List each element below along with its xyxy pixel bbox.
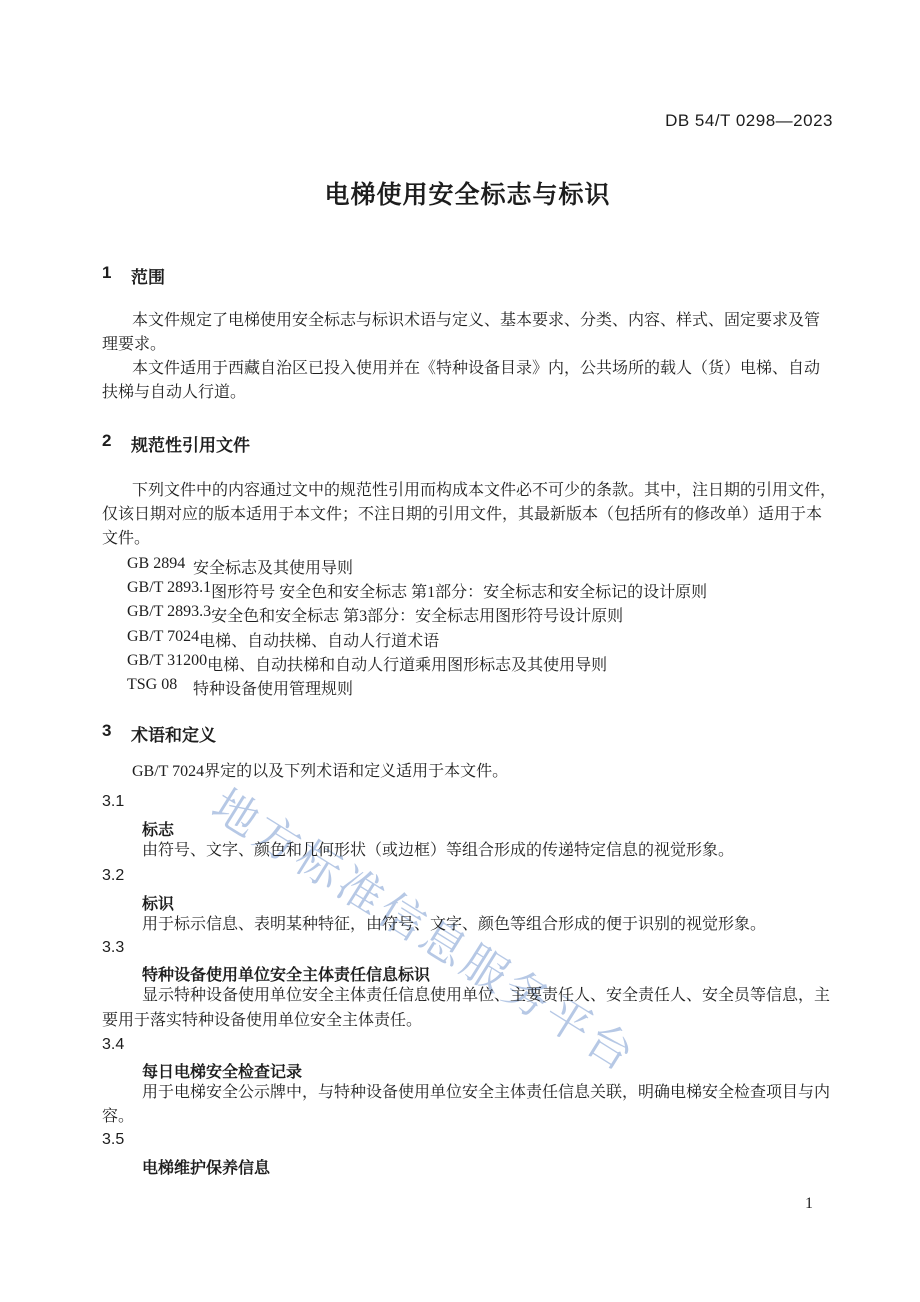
term-number: 3.3 <box>102 939 124 957</box>
body-line: 本文件适用于西藏自治区已投入使用并在《特种设备目录》内，公共场所的载人（货）电梯… <box>102 359 820 379</box>
body-line: 理要求。 <box>102 335 166 355</box>
term-name: 特种设备使用单位安全主体责任信息标识 <box>142 962 430 985</box>
reference-row: GB/T 2893.1 图形符号 安全色和安全标志 第1部分：安全标志和安全标记… <box>127 579 707 602</box>
section-number: 2 <box>102 431 131 456</box>
body-line: 下列文件中的内容通过文中的规范性引用而构成本文件必不可少的条款。其中，注日期的引… <box>102 481 836 501</box>
term-number: 3.4 <box>102 1036 124 1054</box>
term-number: 3.1 <box>102 793 124 811</box>
section-heading-label: 规范性引用文件 <box>131 431 250 456</box>
term-name: 标志 <box>142 817 174 840</box>
reference-title: 图形符号 安全色和安全标志 第1部分：安全标志和安全标记的设计原则 <box>211 579 707 602</box>
document-page: 地方标准信息服务平台 DB 54/T 0298—2023 电梯使用安全标志与标识… <box>0 0 920 1302</box>
page-number: 1 <box>805 1195 813 1213</box>
reference-id: GB/T 7024 <box>127 628 199 651</box>
section-number: 3 <box>102 721 131 746</box>
body-line: 扶梯与自动人行道。 <box>102 383 246 403</box>
body-line: 文件。 <box>102 529 150 549</box>
reference-id: GB/T 2893.3 <box>127 603 211 626</box>
section-heading-scope: 1 范围 <box>102 263 165 288</box>
term-definition-line: 要用于落实特种设备使用单位安全主体责任。 <box>102 1011 422 1031</box>
reference-row: GB 2894 安全标志及其使用导则 <box>127 555 353 578</box>
reference-title: 安全标志及其使用导则 <box>193 555 353 578</box>
section-heading-terms: 3 术语和定义 <box>102 721 216 746</box>
section-heading-label: 术语和定义 <box>131 721 216 746</box>
page-title: 电梯使用安全标志与标识 <box>102 175 833 211</box>
section-heading-normative: 2 规范性引用文件 <box>102 431 250 456</box>
body-line: 仅该日期对应的版本适用于本文件；不注日期的引用文件，其最新版本（包括所有的修改单… <box>102 505 822 525</box>
term-name: 标识 <box>142 891 174 914</box>
term-definition-line: 由符号、文字、颜色和几何形状（或边框）等组合形成的传递特定信息的视觉形象。 <box>102 841 734 861</box>
reference-id: GB 2894 <box>127 555 193 578</box>
reference-title: 特种设备使用管理规则 <box>193 676 353 699</box>
section-number: 1 <box>102 263 131 288</box>
term-number: 3.5 <box>102 1131 124 1149</box>
reference-row: GB/T 31200 电梯、自动扶梯和自动人行道乘用图形标志及其使用导则 <box>127 652 607 675</box>
term-definition-line: 容。 <box>102 1107 134 1127</box>
term-definition-line: 用于标示信息、表明某种特征，由符号、文字、颜色等组合形成的便于识别的视觉形象。 <box>102 915 766 935</box>
reference-title: 电梯、自动扶梯和自动人行道乘用图形标志及其使用导则 <box>207 652 607 675</box>
reference-row: TSG 08 特种设备使用管理规则 <box>127 676 353 699</box>
reference-id: TSG 08 <box>127 676 193 699</box>
section-heading-label: 范围 <box>131 263 165 288</box>
terms-intro-line: GB/T 7024界定的以及下列术语和定义适用于本文件。 <box>102 762 508 782</box>
term-definition-line: 用于电梯安全公示牌中，与特种设备使用单位安全主体责任信息关联，明确电梯安全检查项… <box>102 1083 830 1103</box>
standard-code: DB 54/T 0298—2023 <box>102 111 833 131</box>
term-number: 3.2 <box>102 867 124 885</box>
reference-row: GB/T 7024 电梯、自动扶梯、自动人行道术语 <box>127 628 439 651</box>
reference-title: 安全色和安全标志 第3部分：安全标志用图形符号设计原则 <box>211 603 623 626</box>
body-line: 本文件规定了电梯使用安全标志与标识术语与定义、基本要求、分类、内容、样式、固定要… <box>102 311 820 331</box>
term-name: 每日电梯安全检查记录 <box>142 1059 302 1082</box>
reference-id: GB/T 2893.1 <box>127 579 211 602</box>
reference-id: GB/T 31200 <box>127 652 207 675</box>
term-name: 电梯维护保养信息 <box>142 1155 270 1178</box>
reference-title: 电梯、自动扶梯、自动人行道术语 <box>199 628 439 651</box>
reference-row: GB/T 2893.3 安全色和安全标志 第3部分：安全标志用图形符号设计原则 <box>127 603 623 626</box>
term-definition-line: 显示特种设备使用单位安全主体责任信息使用单位、主要责任人、安全责任人、安全员等信… <box>102 986 830 1006</box>
